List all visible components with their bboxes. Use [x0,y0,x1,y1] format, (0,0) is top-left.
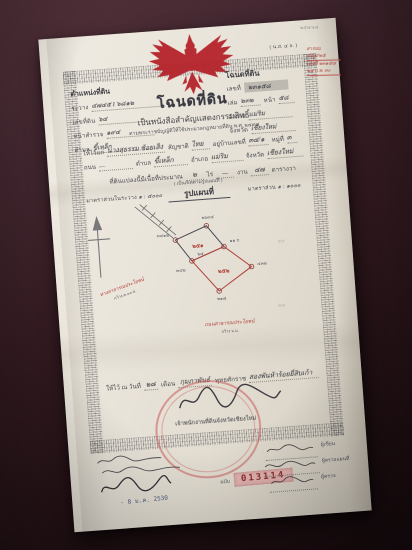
field-value: — [99,161,133,171]
serial-label: ฉบับ [220,478,230,487]
field-label: ตำบล [136,158,152,169]
field-label: สัญชาติ [168,141,189,152]
corner-note: สารบบ ๕๕๘/๒๕ [306,45,340,61]
corner-mark: ๒๖๓๔ [201,214,214,220]
faint-mark: ๒๗ [278,302,285,307]
corner-mark: ๓๔๑๒ [157,233,170,239]
field-label: ตารางวา [271,163,296,175]
parcel-number: ๒๕๒ [218,268,230,275]
signature-role: ผู้เขียน [320,438,360,449]
form-code: ( น.ส. ๔ จ. ) [269,42,297,52]
parcel-number: ๒๕๑ [192,243,204,250]
field-label: ถนน [83,162,96,173]
pencil-note: ๒๕๗/๑๘ [300,23,319,31]
scale-grid-label: มาตราส่วนในระวาง [86,195,137,205]
field-value: แม่ริม [210,149,243,163]
deed-paper: ๒๕๗/๑๘ ( น.ส. ๔ จ. ) สารบบ ๕๕๘/๒๕ เลขที่… [38,18,371,532]
signature [265,441,316,455]
field-value: เชียงใหม่ [267,145,304,160]
field-value: ไทย [191,137,210,150]
field-label: ให้ไว้ ณ วันที่ [106,381,142,394]
road-label-left: ทางสาธารณประโยชน์ กว้าง ๓.๐๐ ม. [99,275,149,305]
signature-role: ผู้ตรวจ [321,470,361,481]
field-label: อยู่บ้านเลขที่ [212,137,246,149]
corner-mark: ๑๑ ก [229,237,239,243]
road-label-bottom-sub: กว้าง ๖ ม. [221,328,239,334]
field-label: หมู่ที่ [271,134,284,145]
scale-value: ๑ : ๑๐๐๐ [277,183,301,191]
scale-label: มาตราส่วน [248,185,277,193]
field-value: ๓๔/๑ [248,133,269,146]
field-label: ระวาง [71,102,89,113]
deed-number: ๒๓๑๕๘ [244,79,289,92]
field-label: ให้ไว้แก่ [82,147,104,159]
corner-mark: ๓๔๒ [176,267,186,273]
scale-grid-value: ๑ : ๔๐๐๐ [138,193,162,201]
corner-mark: ๔๓๒ [257,260,267,266]
field-value: ๕๘ [278,92,295,104]
field-label: จังหวัด [246,149,265,160]
corner-mark: ๒๑๘ [217,295,227,301]
road-line [135,201,177,241]
road-label-bottom: ถนนสาธารณประโยชน์ [204,317,255,328]
north-arrow-icon [87,217,113,278]
field-label: เลขที่ดิน [72,116,96,128]
signature-role: ผู้ตรวจแผนที่ [322,454,366,465]
issue-day: ๒๘ [143,378,158,391]
field-value: ขี้เหล็ก [154,153,189,167]
survey-map: ๓๔๑๒ ๒๖๓๔ ๑๑ ก ๔๓๒ ๒๑๘ ๓๔๒ ๒๕๑ ๖๔ ๒๕๒ ทา… [79,191,331,376]
field-label: หน้า [263,94,276,105]
photo-background: ๒๕๗/๑๘ ( น.ส. ๔ จ. ) สารบบ ๕๕๘/๒๕ เลขที่… [0,0,412,550]
signature [263,457,318,471]
field-label: อำเภอ [191,153,209,164]
field-value: ๓ [286,131,297,144]
date-stamp: - 8 ม.ค. 2530 [120,493,169,508]
signature-line [269,470,318,492]
parcel-sub-number: ๖๔ [197,251,204,256]
map-scale: มาตราส่วน ๑ : ๑๐๐๐ [248,182,301,194]
area-wa: ๔๗ [250,163,269,176]
signature [269,473,316,486]
faint-mark: ๕๔ [278,238,286,244]
